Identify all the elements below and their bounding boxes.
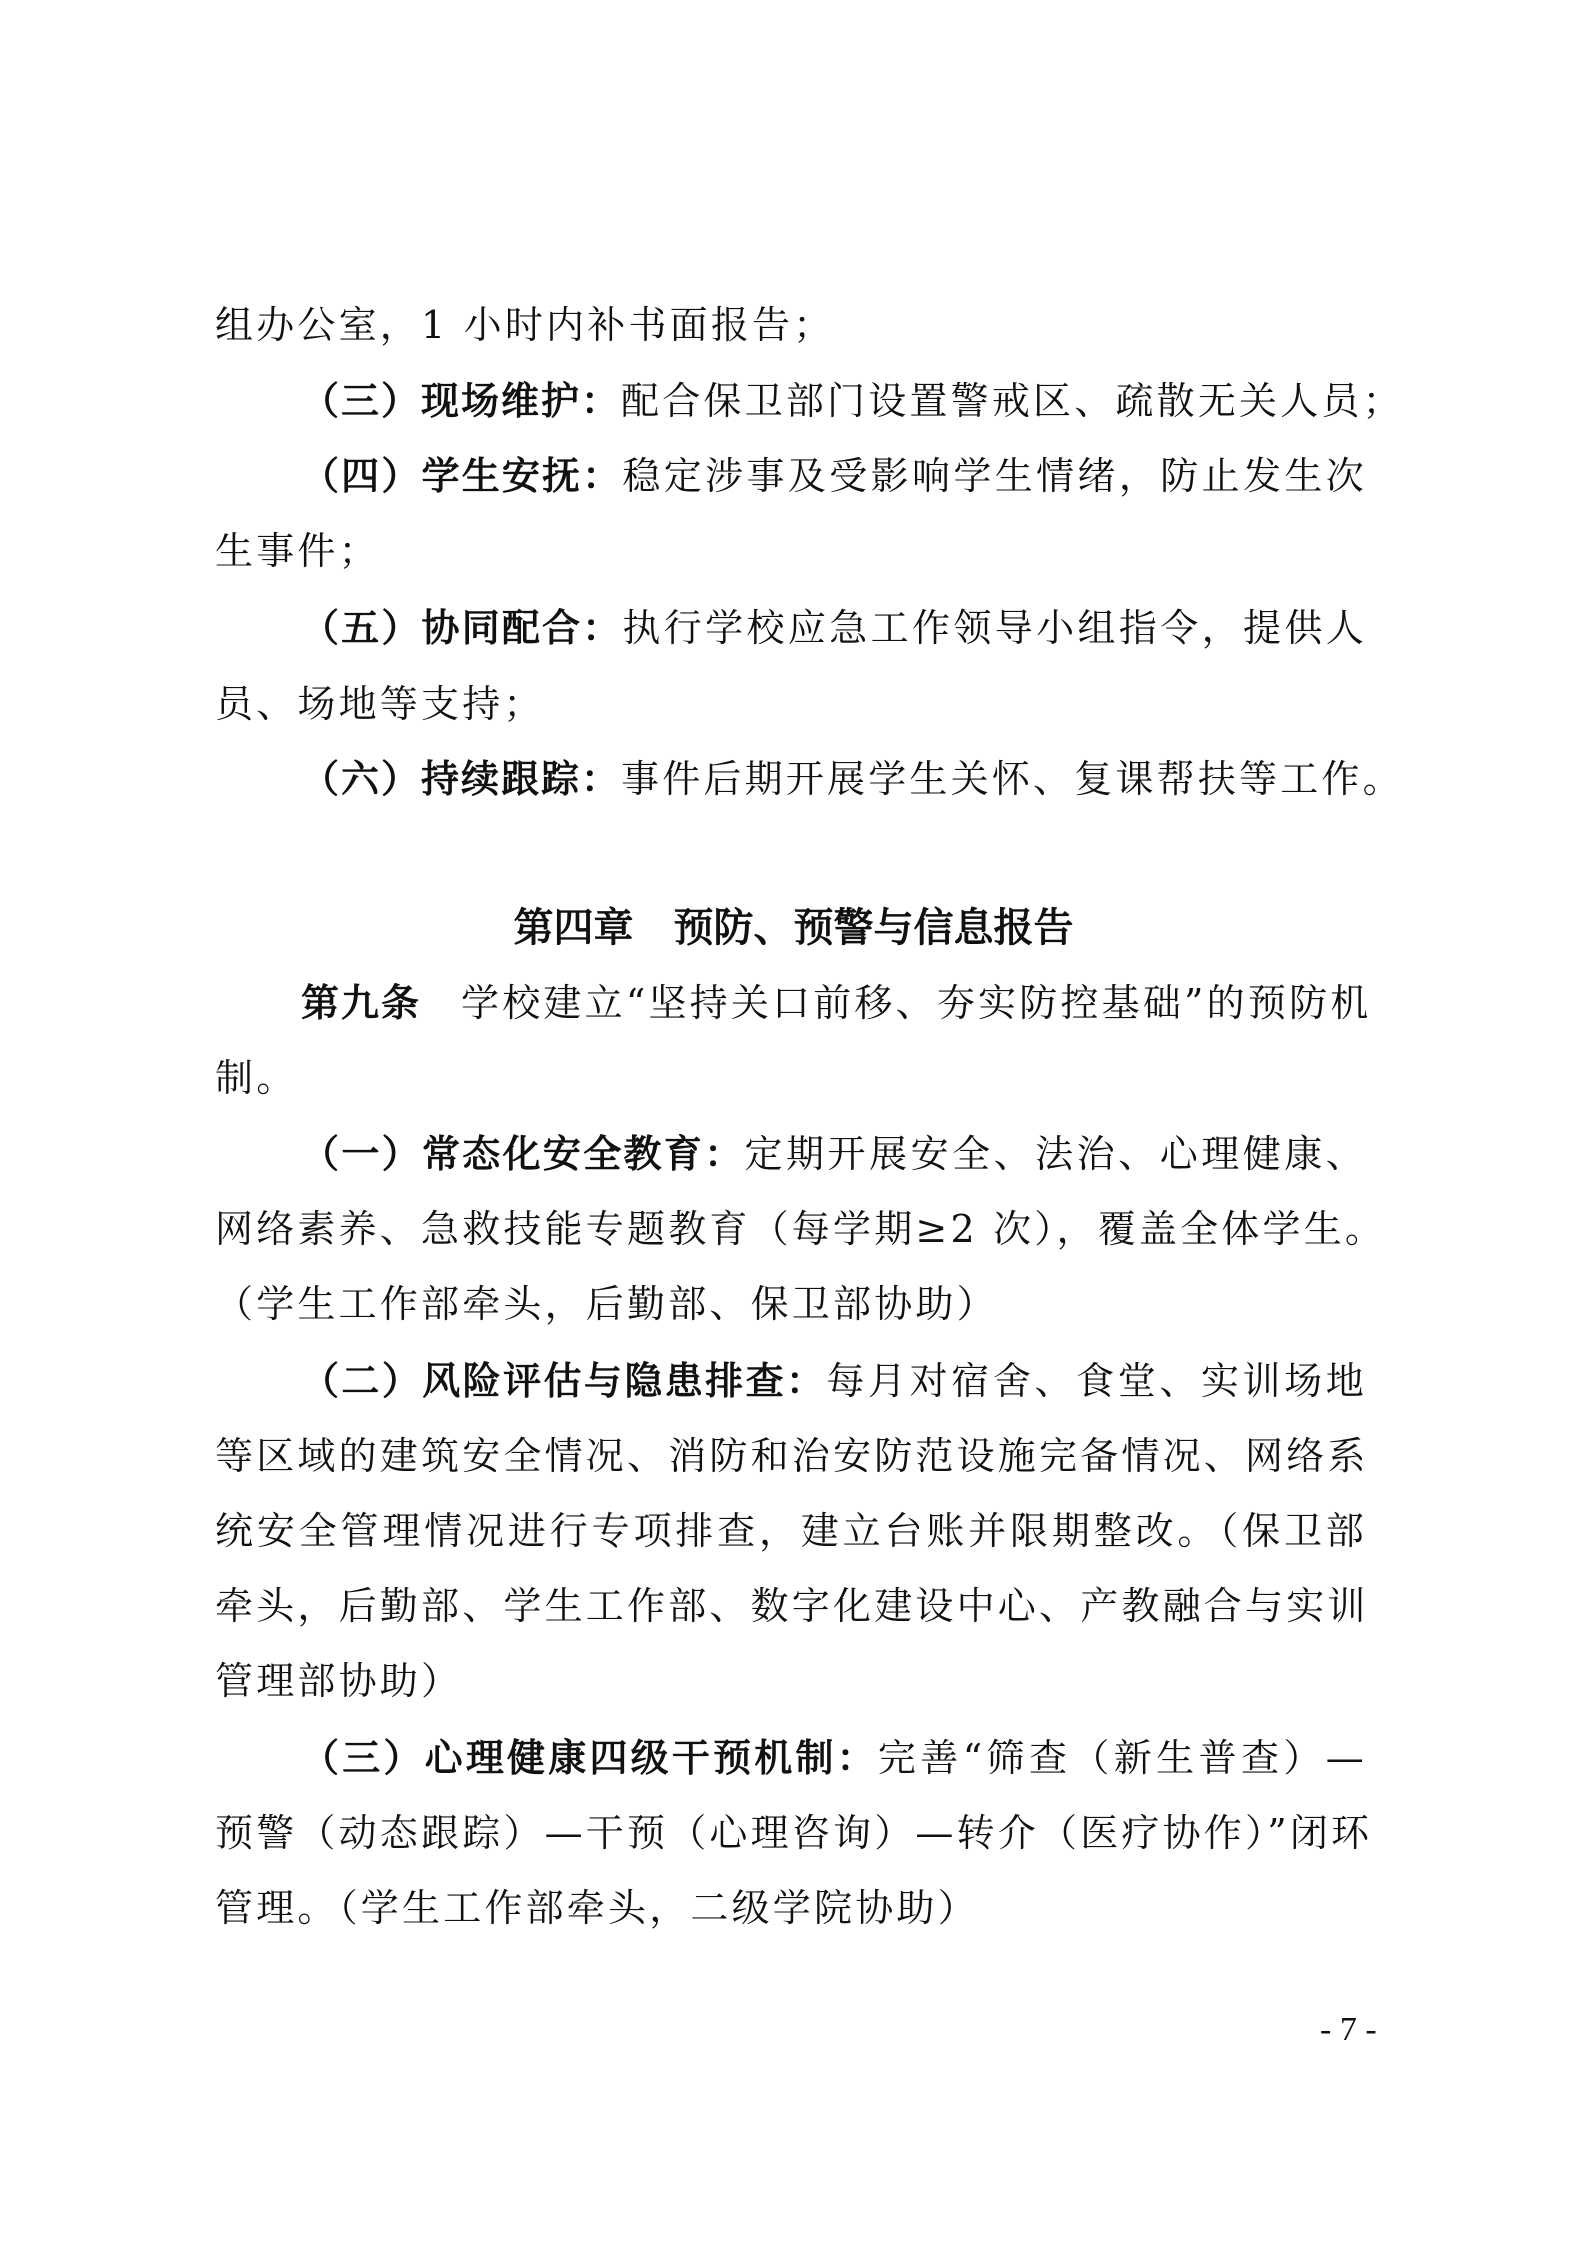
paragraph-line: 员、场地等支持； (215, 674, 1367, 734)
item-2: （二）风险评估与隐患排查：每月对宿舍、食堂、实训场地 (215, 1351, 1367, 1411)
paragraph-line: 制。 (215, 1048, 1367, 1108)
paragraph-line: （学生工作部牵头，后勤部、保卫部协助） (215, 1274, 1367, 1334)
item-text: 每月对宿舍、食堂、实训场地 (826, 1359, 1367, 1403)
item-3: （三）心理健康四级干预机制：完善“筛查（新生普查）— (215, 1728, 1367, 1788)
page-number: - 7 - (1320, 2006, 1377, 2054)
chapter-title: 预防、预警与信息报告 (674, 905, 1074, 951)
item-text: 完善“筛查（新生普查）— (878, 1736, 1367, 1780)
paragraph-item-6: （六）持续跟踪：事件后期开展学生关怀、复课帮扶等工作。 (215, 749, 1367, 809)
item-text: 配合保卫部门设置警戒区、疏散无关人员； (621, 379, 1404, 423)
paragraph-item-4: （四）学生安抚：稳定涉事及受影响学生情绪，防止发生次 (215, 446, 1367, 506)
article-text: 学校建立“坚持关口前移、夯实防控基础”的预防机 (461, 981, 1371, 1025)
paragraph-item-5: （五）协同配合：执行学校应急工作领导小组指令，提供人 (215, 598, 1367, 658)
item-label: （六）持续跟踪： (301, 757, 621, 801)
item-label: （五）协同配合： (301, 606, 622, 650)
item-label: （三）心理健康四级干预机制： (301, 1736, 878, 1780)
chapter-heading: 第四章预防、预警与信息报告 (0, 898, 1587, 958)
item-text: 执行学校应急工作领导小组指令，提供人 (622, 606, 1367, 650)
item-label: （一）常态化安全教育： (301, 1132, 745, 1176)
paragraph-line: 预警（动态跟踪）—干预（心理咨询）—转介（医疗协作）”闭环 (215, 1803, 1367, 1863)
chapter-number: 第四章 (514, 905, 634, 951)
item-text: 定期开展安全、法治、心理健康、 (745, 1132, 1367, 1176)
paragraph-line: 管理。（学生工作部牵头，二级学院协助） (215, 1878, 1367, 1938)
item-text: 事件后期开展学生关怀、复课帮扶等工作。 (621, 757, 1404, 801)
document-page: 组办公室，1 小时内补书面报告； （三）现场维护：配合保卫部门设置警戒区、疏散无… (0, 0, 1587, 2245)
paragraph-line: 组办公室，1 小时内补书面报告； (215, 295, 1367, 355)
item-1: （一）常态化安全教育：定期开展安全、法治、心理健康、 (215, 1124, 1367, 1184)
paragraph-line: 生事件； (215, 521, 1367, 581)
paragraph-item-3: （三）现场维护：配合保卫部门设置警戒区、疏散无关人员； (215, 371, 1367, 431)
article-label: 第九条 (301, 981, 421, 1025)
item-label: （二）风险评估与隐患排查： (301, 1359, 826, 1403)
item-text: 稳定涉事及受影响学生情绪，防止发生次 (622, 454, 1367, 498)
paragraph-line: 管理部协助） (215, 1651, 1367, 1711)
item-label: （三）现场维护： (301, 379, 621, 423)
paragraph-line: 网络素养、急救技能专题教育（每学期≥2 次），覆盖全体学生。 (215, 1199, 1367, 1259)
item-label: （四）学生安抚： (301, 454, 622, 498)
paragraph-line: 牵头，后勤部、学生工作部、数字化建设中心、产教融合与实训 (215, 1576, 1367, 1636)
paragraph-line: 等区域的建筑安全情况、消防和治安防范设施完备情况、网络系 (215, 1426, 1367, 1486)
article-9: 第九条学校建立“坚持关口前移、夯实防控基础”的预防机 (215, 973, 1367, 1033)
paragraph-line: 统安全管理情况进行专项排查，建立台账并限期整改。（保卫部 (215, 1501, 1367, 1561)
